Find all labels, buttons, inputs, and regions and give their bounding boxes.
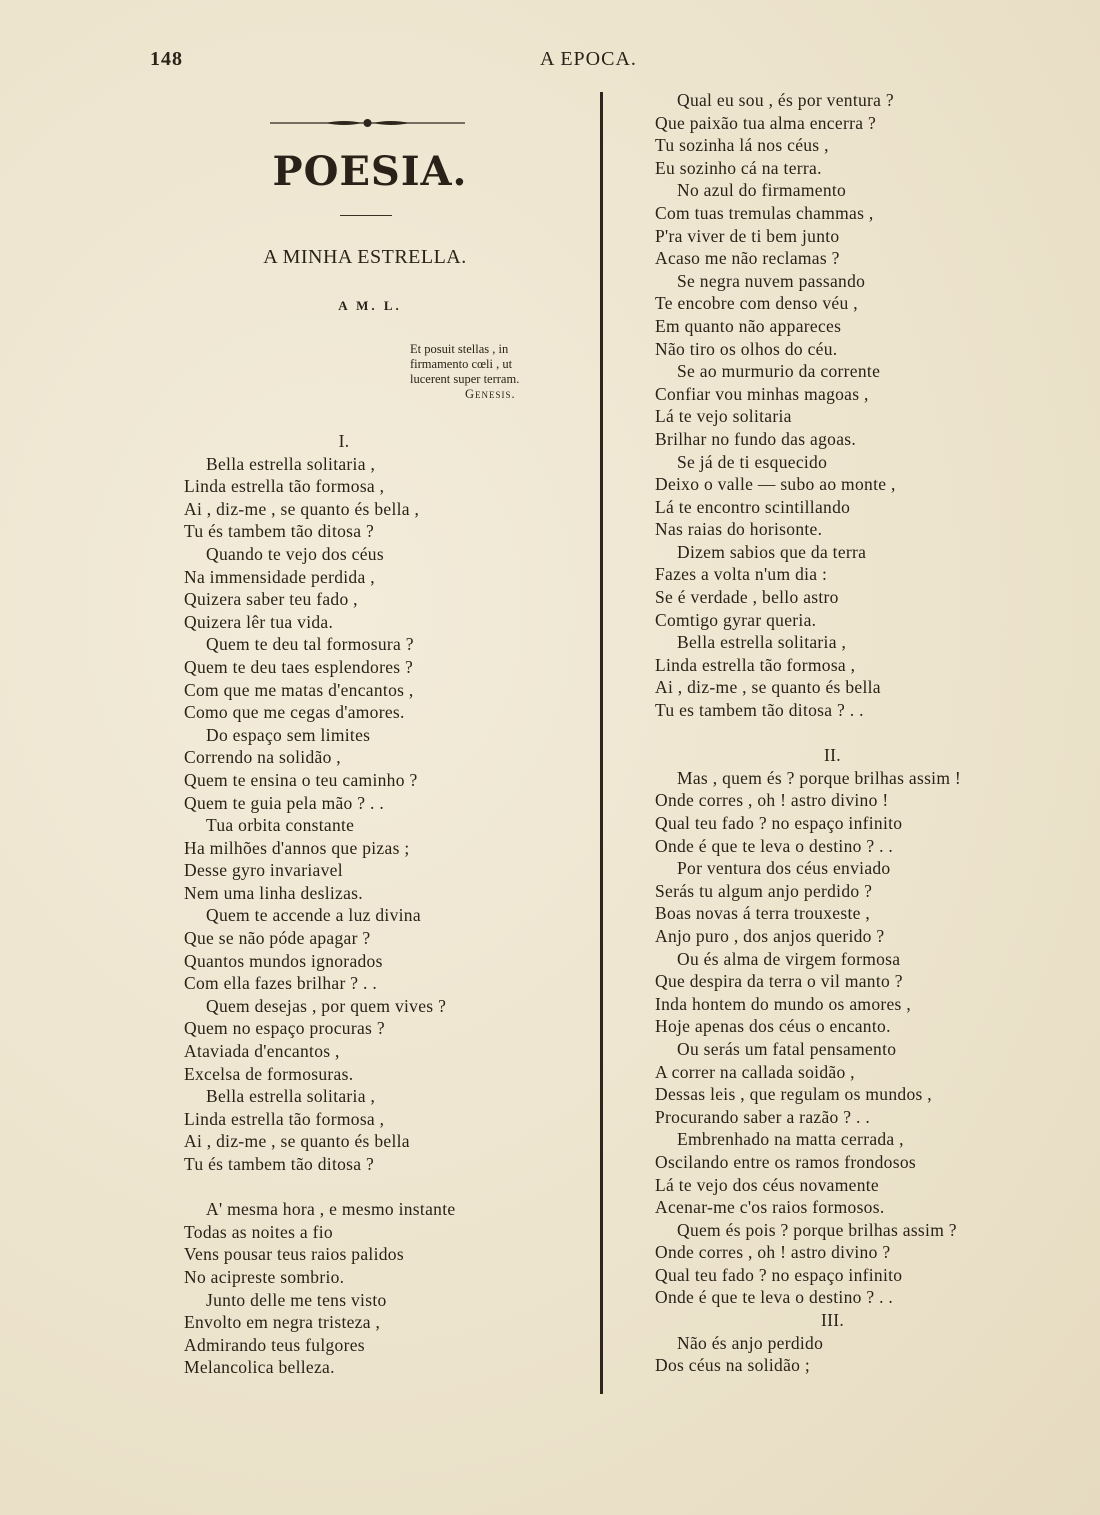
verse-line: Eu sozinho cá na terra. (655, 157, 1010, 180)
left-column: I.Bella estrella solitaria ,Linda estrel… (184, 430, 504, 1379)
verse-line: Qual teu fado ? no espaço infinito (655, 812, 1010, 835)
verse-line: Com tuas tremulas chammas , (655, 202, 1010, 225)
verse-line: Onde corres , oh ! astro divino ! (655, 789, 1010, 812)
verse-line: A correr na callada soidão , (655, 1061, 1010, 1084)
right-column: Qual eu sou , és por ventura ?Que paixão… (655, 89, 1010, 1377)
verse-line: Se ao murmurio da corrente (655, 360, 1010, 383)
verse-line: Se é verdade , bello astro (655, 586, 1010, 609)
verse-line: Não és anjo perdido (655, 1332, 1010, 1355)
verse-line: Quem te guia pela mão ? . . (184, 792, 504, 815)
verse-line: Admirando teus fulgores (184, 1334, 504, 1357)
verse-line: Com que me matas d'encantos , (184, 679, 504, 702)
verse-line: Anjo puro , dos anjos querido ? (655, 925, 1010, 948)
verse-line: Procurando saber a razão ? . . (655, 1106, 1010, 1129)
verse-line: Comtigo gyrar queria. (655, 609, 1010, 632)
verse-line: Inda hontem do mundo os amores , (655, 993, 1010, 1016)
verse-line: Que paixão tua alma encerra ? (655, 112, 1010, 135)
verse-line: Quantos mundos ignorados (184, 950, 504, 973)
verse-line: Quem te deu taes esplendores ? (184, 656, 504, 679)
verse-line: No acipreste sombrio. (184, 1266, 504, 1289)
verse-line: Melancolica belleza. (184, 1356, 504, 1379)
verse-line: Envolto em negra tristeza , (184, 1311, 504, 1334)
verse-line: Qual eu sou , és por ventura ? (655, 89, 1010, 112)
verse-line: Tu sozinha lá nos céus , (655, 134, 1010, 157)
running-head: A EPOCA. (540, 48, 637, 71)
canto-heading: II. (655, 744, 1010, 767)
verse-line: P'ra viver de ti bem junto (655, 225, 1010, 248)
verse-line: Vens pousar teus raios palidos (184, 1243, 504, 1266)
verse-line: Na immensidade perdida , (184, 566, 504, 589)
verse-line: Dizem sabios que da terra (655, 541, 1010, 564)
verse-line: Ou és alma de virgem formosa (655, 948, 1010, 971)
verse-line: Desse gyro invariavel (184, 859, 504, 882)
verse-line: Brilhar no fundo das agoas. (655, 428, 1010, 451)
verse-line: Ataviada d'encantos , (184, 1040, 504, 1063)
verse-line: Linda estrella tão formosa , (655, 654, 1010, 677)
verse-line: Junto delle me tens visto (184, 1289, 504, 1312)
verse-line: Oscilando entre os ramos frondosos (655, 1151, 1010, 1174)
verse-line: Embrenhado na matta cerrada , (655, 1128, 1010, 1151)
verse-line: Quem és pois ? porque brilhas assim ? (655, 1219, 1010, 1242)
verse-line: Correndo na solidão , (184, 746, 504, 769)
verse-line: Quizera lêr tua vida. (184, 611, 504, 634)
verse-line: Quem no espaço procuras ? (184, 1017, 504, 1040)
ornament-divider-icon (270, 118, 465, 128)
verse-line: Dessas leis , que regulam os mundos , (655, 1083, 1010, 1106)
stanza-gap (184, 1176, 504, 1199)
verse-line: Em quanto não appareces (655, 315, 1010, 338)
verse-line: Não tiro os olhos do céu. (655, 338, 1010, 361)
verse-line: Boas novas á terra trouxeste , (655, 902, 1010, 925)
verse-line: Tu es tambem tão ditosa ? . . (655, 699, 1010, 722)
page-number: 148 (150, 48, 183, 71)
verse-line: No azul do firmamento (655, 179, 1010, 202)
canto-heading: III. (655, 1309, 1010, 1332)
verse-line: Ai , diz-me , se quanto és bella (184, 1130, 504, 1153)
verse-line: Te encobre com denso véu , (655, 292, 1010, 315)
verse-line: Bella estrella solitaria , (184, 453, 504, 476)
verse-line: Onde corres , oh ! astro divino ? (655, 1241, 1010, 1264)
verse-line: Lá te vejo solitaria (655, 405, 1010, 428)
verse-line: Lá te vejo dos céus novamente (655, 1174, 1010, 1197)
verse-line: Nem uma linha deslizas. (184, 882, 504, 905)
verse-line: Quizera saber teu fado , (184, 588, 504, 611)
verse-line: Hoje apenas dos céus o encanto. (655, 1015, 1010, 1038)
verse-line: Tua orbita constante (184, 814, 504, 837)
verse-line: Todas as noites a fio (184, 1221, 504, 1244)
stanza-gap (655, 722, 1010, 745)
poem-title: A MINHA ESTRELLA. (255, 246, 475, 269)
verse-line: Que despira da terra o vil manto ? (655, 970, 1010, 993)
verse-line: Deixo o valle — subo ao monte , (655, 473, 1010, 496)
section-title: POESIA. (270, 148, 470, 195)
verse-line: Bella estrella solitaria , (655, 631, 1010, 654)
epigraph-line: firmamento cœli , ut (410, 357, 570, 372)
epigraph-line: lucerent super terram. (410, 372, 570, 387)
column-rule (600, 92, 603, 1394)
epigraph-line: Et posuit stellas , in (410, 342, 570, 357)
verse-line: Quem desejas , por quem vives ? (184, 995, 504, 1018)
verse-line: Se negra nuvem passando (655, 270, 1010, 293)
verse-line: A' mesma hora , e mesmo instante (184, 1198, 504, 1221)
verse-line: Como que me cegas d'amores. (184, 701, 504, 724)
verse-line: Confiar vou minhas magoas , (655, 383, 1010, 406)
verse-line: Ou serás um fatal pensamento (655, 1038, 1010, 1061)
verse-line: Qual teu fado ? no espaço infinito (655, 1264, 1010, 1287)
verse-line: Onde é que te leva o destino ? . . (655, 1286, 1010, 1309)
verse-line: Acenar-me c'os raios formosos. (655, 1196, 1010, 1219)
verse-line: Ai , diz-me , se quanto és bella , (184, 498, 504, 521)
verse-line: Com ella fazes brilhar ? . . (184, 972, 504, 995)
epigraph: Et posuit stellas , in firmamento cœli ,… (410, 342, 570, 402)
verse-line: Ai , diz-me , se quanto és bella (655, 676, 1010, 699)
verse-line: Bella estrella solitaria , (184, 1085, 504, 1108)
divider (340, 215, 392, 216)
verse-line: Dos céus na solidão ; (655, 1354, 1010, 1377)
verse-line: Quando te vejo dos céus (184, 543, 504, 566)
verse-line: Onde é que te leva o destino ? . . (655, 835, 1010, 858)
canto-heading: I. (184, 430, 504, 453)
verse-line: Acaso me não reclamas ? (655, 247, 1010, 270)
verse-line: Do espaço sem limites (184, 724, 504, 747)
verse-line: Ha milhões d'annos que pizas ; (184, 837, 504, 860)
verse-line: Que se não póde apagar ? (184, 927, 504, 950)
verse-line: Se já de ti esquecido (655, 451, 1010, 474)
verse-line: Quem te deu tal formosura ? (184, 633, 504, 656)
verse-line: Mas , quem és ? porque brilhas assim ! (655, 767, 1010, 790)
verse-line: Linda estrella tão formosa , (184, 1108, 504, 1131)
dedication: A M. L. (300, 298, 440, 314)
verse-line: Tu és tambem tão ditosa ? (184, 520, 504, 543)
verse-line: Lá te encontro scintillando (655, 496, 1010, 519)
verse-line: Serás tu algum anjo perdido ? (655, 880, 1010, 903)
verse-line: Excelsa de formosuras. (184, 1063, 504, 1086)
verse-line: Linda estrella tão formosa , (184, 475, 504, 498)
verse-line: Quem te ensina o teu caminho ? (184, 769, 504, 792)
epigraph-source: Genesis. (410, 387, 570, 402)
verse-line: Fazes a volta n'um dia : (655, 563, 1010, 586)
verse-line: Por ventura dos céus enviado (655, 857, 1010, 880)
verse-line: Nas raias do horisonte. (655, 518, 1010, 541)
verse-line: Quem te accende a luz divina (184, 904, 504, 927)
verse-line: Tu és tambem tão ditosa ? (184, 1153, 504, 1176)
